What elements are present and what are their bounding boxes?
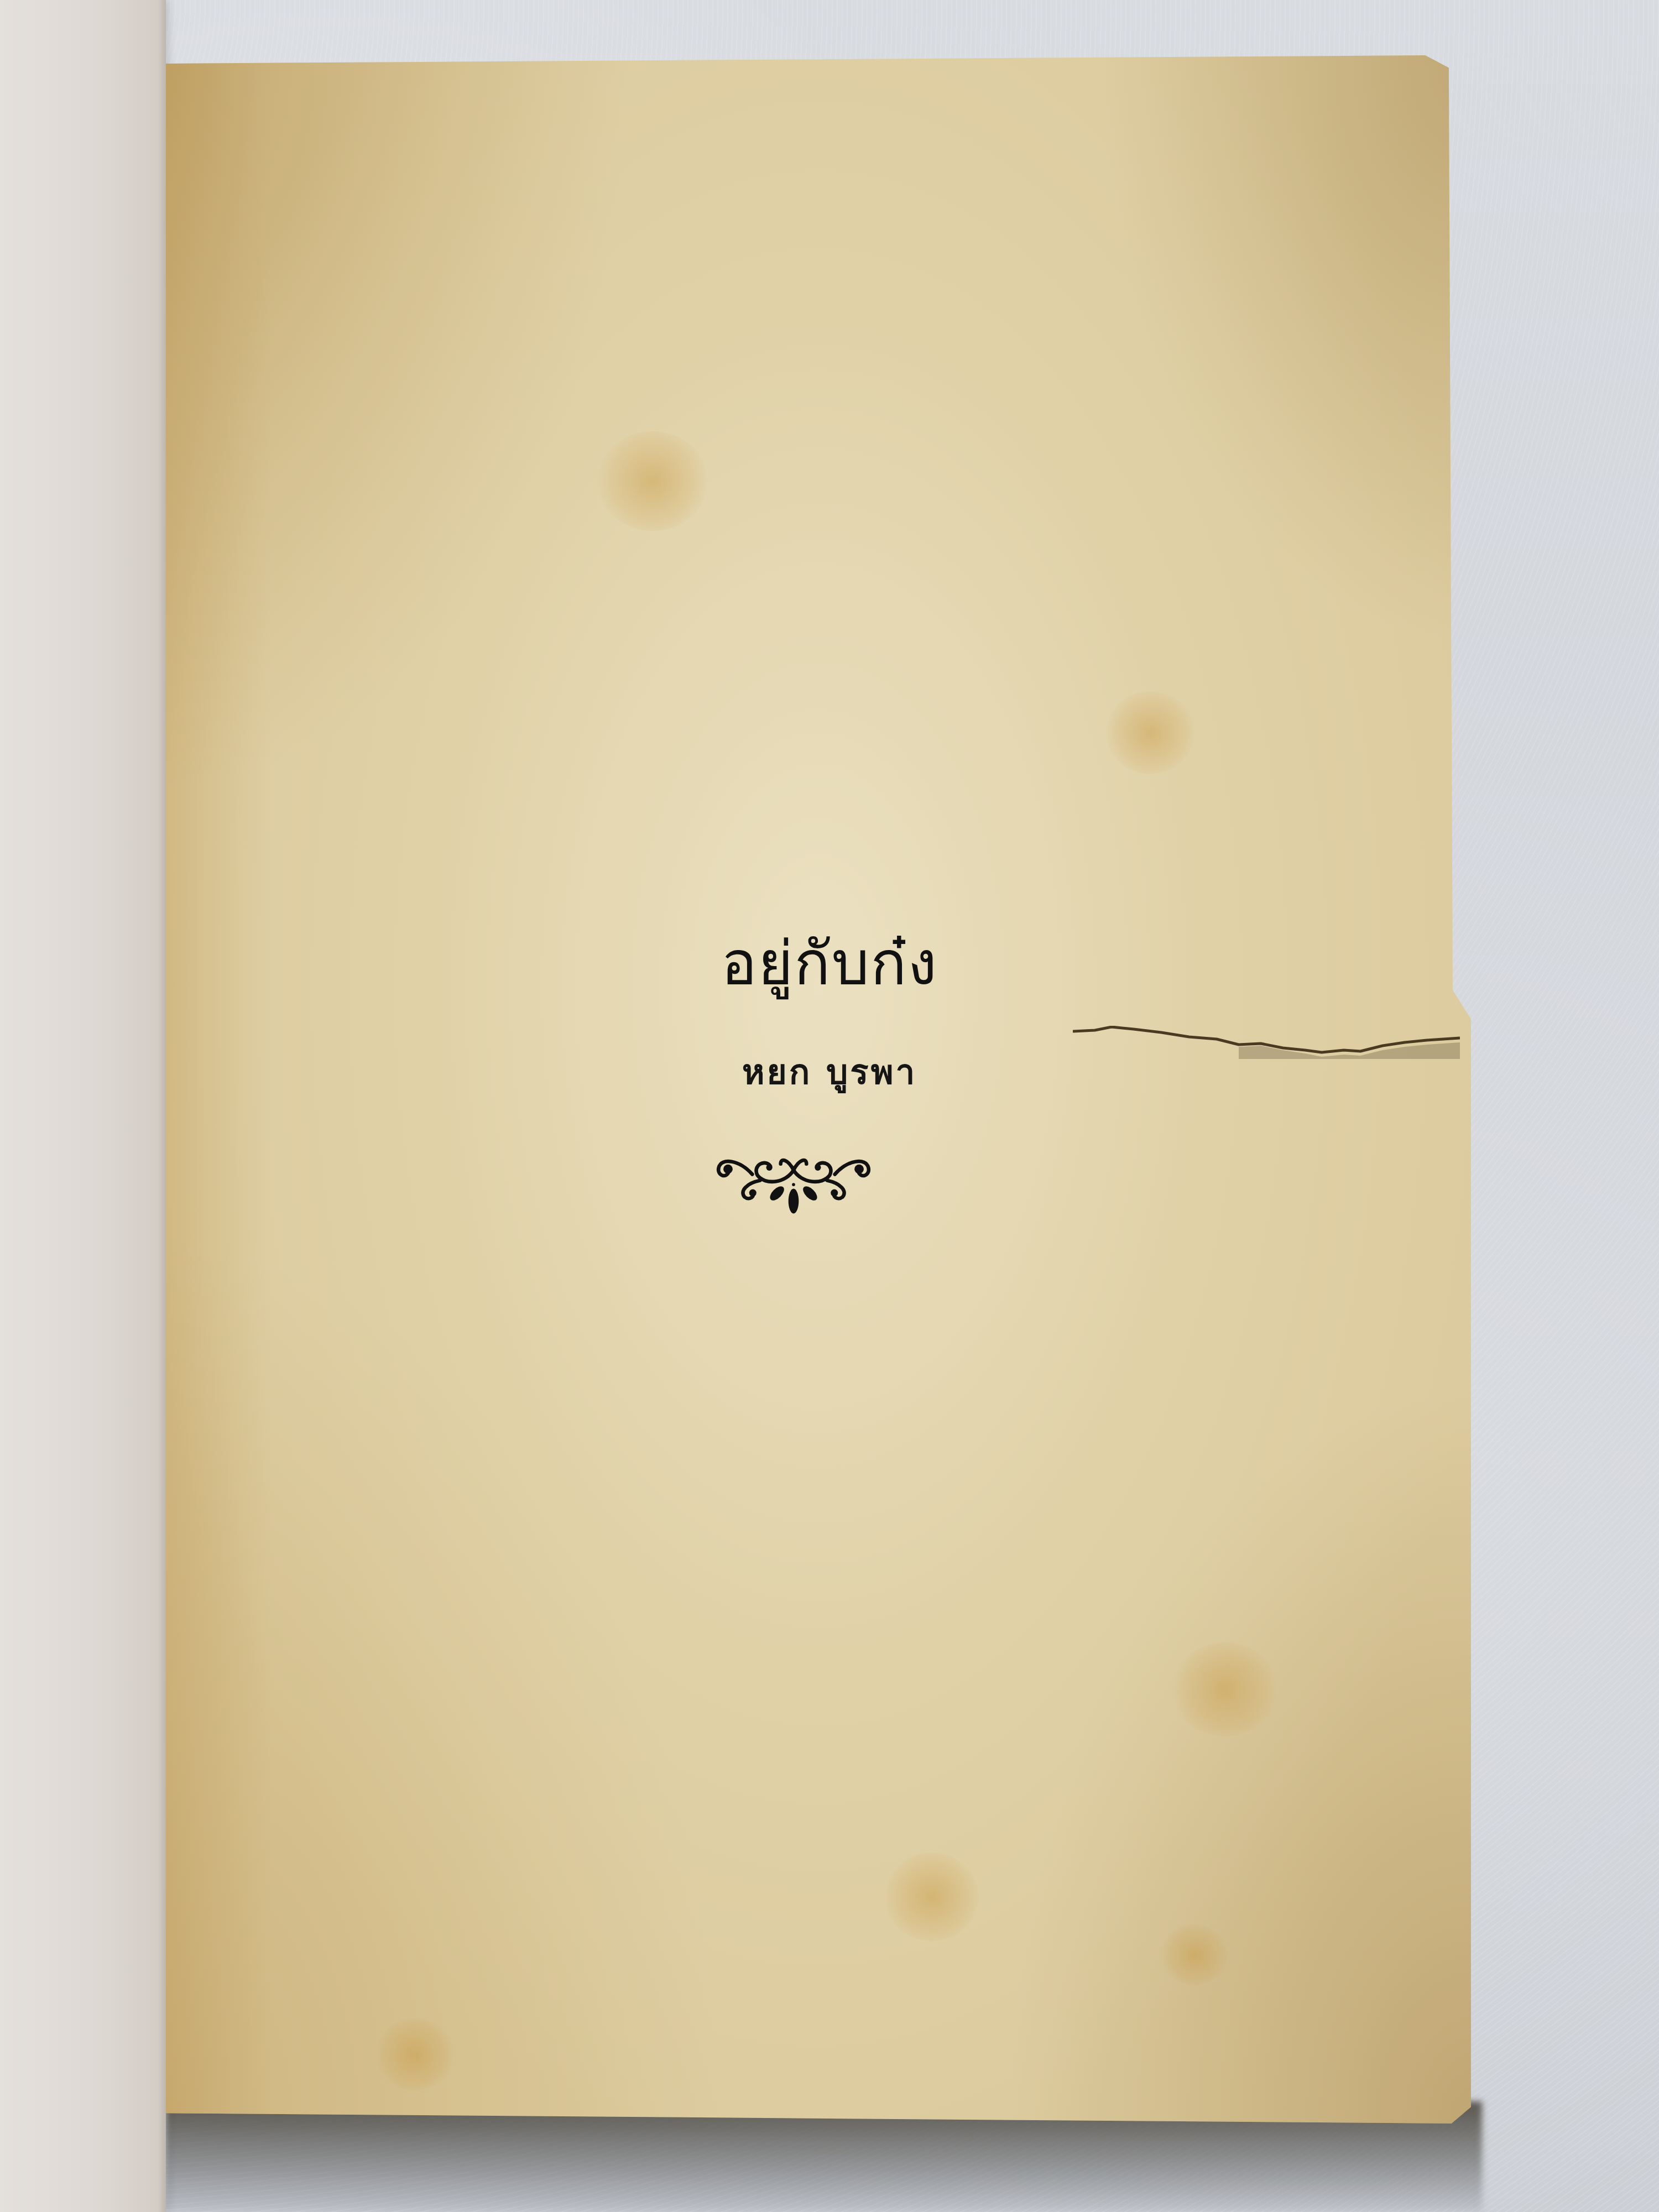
foxing-stain — [1172, 1642, 1277, 1736]
foxing-stain — [597, 431, 708, 531]
book-title: อยู่กับก๋ง — [0, 915, 1659, 1010]
foxing-stain — [885, 1853, 979, 1941]
facing-page-edge — [0, 0, 166, 2212]
author-name: หยก บูรพา — [0, 1045, 1659, 1099]
foxing-stain — [376, 2018, 453, 2090]
foxing-stain — [1161, 1924, 1228, 1985]
decorative-scroll-ornament-icon — [708, 1139, 879, 1217]
foxing-stain — [1106, 691, 1194, 774]
